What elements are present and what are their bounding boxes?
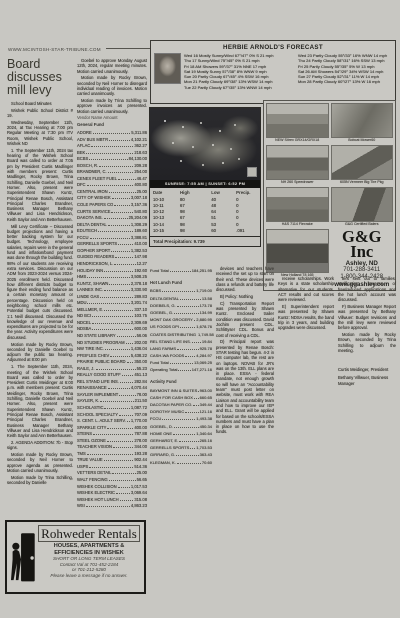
dot-leader (109, 480, 136, 481)
gg-inc-ad: NEW Sitrex GRX14/GRX18 Bobcat Mower60 NH… (263, 100, 396, 291)
dot-leader (180, 299, 201, 300)
total-precipitation: Total Precipitation: 9.739 (150, 236, 260, 246)
vendor-amount: 1,770.00 (131, 418, 147, 423)
vendor-amount: 349.44 (200, 402, 212, 407)
minutes-paragraph: F) Business Manager Report was presented… (338, 304, 396, 330)
vendor-amount: 46.47 (137, 176, 147, 181)
ad-line: HOUSES, APARTMENTS & (38, 543, 140, 550)
dot-leader (108, 388, 130, 389)
dot-leader (109, 192, 136, 193)
article-paragraph: School Board Minutes (7, 101, 73, 106)
vendor-amount: 3,201.74 (131, 300, 147, 305)
vendor-name: CURTS SERVICE (77, 209, 110, 214)
dot-leader (99, 166, 133, 167)
vendor-name: HENDRICKSON, L. (77, 261, 113, 266)
dot-leader (87, 303, 129, 304)
vendor-row: HENDRICKSON, L. 12.27 (77, 259, 147, 266)
ad-photo-cell: G&G Certified Balers (331, 187, 394, 227)
vendor-row: S. CENT. L. ADULT SERV. 1,770.00 (77, 417, 147, 424)
minutes-continuation: Goebel to approve Monday August 12th, 20… (77, 58, 147, 114)
article-column: Board discusses mill levy School Board M… (7, 58, 73, 487)
vendor-amount: 3,330.90 (131, 287, 147, 292)
dot-leader (105, 349, 130, 350)
vendor-amount: 1,436.04 (131, 346, 147, 351)
vendor-name: TRUE VALUE (77, 457, 103, 462)
vendor-amount: 540.80 (134, 209, 147, 214)
vendor-amount: 451.13 (134, 372, 147, 377)
forecast-week2: Wed 23 Partly Cloudy 55°/33° 16% WNW 14 … (298, 53, 392, 90)
minutes-paragraph: Motion made by Rocky Brown, seconded by … (77, 75, 147, 96)
almanac-rows: 10-10 80 40 0 10-11 67 48 0 10-12 98 64 (153, 197, 257, 235)
vendor-name: WISHEK HOT LUNCH (77, 497, 119, 502)
dot-leader (113, 447, 133, 448)
vendor-amount: 707.09 (134, 412, 147, 417)
dot-leader (98, 231, 133, 232)
vendor-name: GIRRARD, G. (150, 452, 175, 457)
vendor-amount: 254.00 (134, 169, 147, 174)
vendor-amount: 13.58 (202, 296, 212, 301)
minutes-paragraph: devices and teachers have received the s… (216, 266, 274, 292)
tractor-photo (266, 229, 329, 273)
vendor-amount: 902.44 (134, 457, 147, 462)
col-high: High (180, 189, 211, 197)
vendor-amount: 55.23 (137, 366, 147, 371)
vendor-name: NDSBA (77, 326, 91, 331)
article-paragraph: Wednesday, September 11th, 2024, at Tax … (7, 120, 73, 146)
vendor-row: COLE PAPERS CO 3,157.36 (77, 200, 147, 207)
vendor-name: GERHARDT, E. (150, 438, 178, 443)
minutes-paragraph: receive scholarships. Work Keys is a sta… (278, 276, 334, 302)
vendor-amount: 56.65 (137, 477, 147, 482)
hot-lunch-total-row: Fund Total 13,069.25 (150, 358, 212, 365)
forecast-week1: Wed 16 Mostly Sunny/Wind 67°/47° 0% S 21… (184, 53, 294, 90)
website-url: WWW.MCINTOSH-STAR-TRIBUNE.COM (8, 47, 101, 52)
vendor-name: COLE PAPERS CO (77, 202, 113, 207)
signature-block: Curtis Meidinger, PresidentBethany Villw… (338, 367, 396, 387)
vendor-name: WISHEK ELECTRIC (77, 490, 115, 495)
vendor-name: USPS (77, 464, 88, 469)
vendor-name: KUNTZ, SHAWN (77, 281, 108, 286)
vendor-name: TMS (77, 451, 86, 456)
almanac-row: 10-15 98 60 .091 (153, 228, 257, 234)
dot-leader (112, 198, 130, 199)
vendor-name: CENTRAL IRON (77, 189, 108, 194)
vendor-amount: 925.78 (200, 346, 212, 351)
vendor-amount: 289.83 (134, 294, 147, 299)
vendor-row: SAYLER IMPLEMENT 78.00 (77, 390, 147, 397)
vendor-row: GIRRARD, G. 363.43 (150, 450, 212, 457)
weather-map-image (150, 108, 260, 180)
vendor-amount: 1,340.64 (196, 431, 212, 436)
vendor-amount: 173.78 (200, 303, 212, 308)
vendor-name: GOEBEL, G. (150, 310, 173, 315)
photo-caption: 605N Vermeer Big Tire Pkg (331, 180, 394, 185)
vendor-row: PRAIRIE PUBLIC BOARD 350.00 (77, 358, 147, 365)
vendor-row: GOEBEL, D. 450.34 (150, 421, 212, 428)
vendor-amount: 192.60 (134, 268, 147, 273)
vendor-name: BRANDNER, C. (77, 169, 107, 174)
ad-photo-cell: NH 260 Speedrower (266, 145, 329, 185)
vendor-amount: 19.84 (202, 339, 212, 344)
vendor-name: PFEIFLES CHEV (77, 353, 109, 358)
vendor-name: SAYLER IMPLEMENT (77, 392, 118, 397)
dot-leader (176, 455, 198, 456)
forecast-line: Thu 24 Partly Cloudy 58°/31° 16% SSW 13 … (298, 58, 392, 63)
vendor-name: REL STAND LIFE INS. (150, 339, 191, 344)
dot-leader (185, 412, 198, 413)
vendor-row: REALLY GOOD STUFF 451.13 (77, 371, 147, 378)
article-paragraph: 1. The September 11th, 2024, meeting of … (7, 364, 73, 438)
vendor-amount: 660.65 (200, 395, 212, 400)
vendor-name: LANNEX INC. (77, 287, 103, 292)
dot-leader (104, 290, 130, 291)
dot-leader (104, 310, 133, 311)
vendor-row: DELTA DENTAL 13.58 (150, 293, 212, 300)
vendor-row: WISHEK COLLISION 1,017.53 (77, 482, 147, 489)
vendor-name: BEK (77, 150, 85, 155)
vendor-name: ND BCI (77, 313, 91, 318)
minutes-paragraph: ters sent out to families. Verification … (338, 276, 396, 302)
vendor-amount: 362.27 (134, 143, 147, 148)
article-paragraph: Motion made by Trina Schilling, seconded… (7, 475, 73, 486)
dot-leader (170, 271, 191, 272)
dot-leader (127, 421, 130, 422)
minutes-column-d: ters sent out to families. Verification … (338, 276, 396, 388)
vendor-name: REALLY GOOD STUFF (77, 372, 121, 377)
vendor-name: MONT DAK GROCERY (150, 317, 193, 322)
forecast-line: Tue 22 Partly Cloudy 67°/35° 13% WNW 14 … (184, 85, 294, 90)
vendor-amount: 3,388.81 (131, 235, 147, 240)
vendor-row: FCCU 1,493.38 (150, 414, 212, 421)
forecast-box: HERBIE ARNOLD'S FORECAST Wed 16 Mostly S… (150, 40, 396, 104)
vendor-amount: 5,311.86 (131, 130, 147, 135)
vendor-amount: 84,130.00 (129, 156, 147, 161)
forecast-line: Mon 28 Partly Cloudy 60°/27° 13% W 16 mp… (298, 79, 392, 84)
vendor-amount: 1,703.53 (196, 445, 212, 450)
dot-leader (109, 284, 130, 285)
dot-leader (162, 419, 195, 420)
dot-leader (114, 205, 130, 206)
vendor-name: MELLMER, E. (77, 307, 103, 312)
vendor-row: US FOODS DPI 1,678.76 (150, 322, 212, 329)
vendor-amount: 211.50 (135, 398, 147, 403)
dot-leader (118, 487, 130, 488)
door-icon (10, 525, 36, 590)
dot-leader (93, 133, 130, 134)
minutes-paragraph: C) Transportation Report was presented b… (216, 301, 274, 338)
hot-lunch-list: BCBS 1,719.00 DELTA DENTAL 13.58 DOEBELS… (150, 286, 212, 358)
vendor-amount: 1,749.58 (198, 332, 214, 337)
speedrower-photo (266, 145, 329, 180)
vendor-row: DACOTAH PAPER CO. 349.44 (150, 400, 212, 407)
vendor-amount: 315.08 (134, 497, 147, 502)
vendor-name: GUIDED READERS (77, 254, 114, 259)
vendor-amount: 134.99 (200, 310, 212, 315)
minutes-column-c: receive scholarships. Work Keys is a sta… (278, 276, 334, 332)
dot-leader (170, 363, 193, 364)
minutes-paragraph: Motion made by Trina Schilling to approv… (77, 98, 147, 114)
minutes-paragraph: B) Policy: Nothing (216, 294, 274, 299)
vendor-amount: 1,382.53 (131, 248, 147, 253)
dot-leader (110, 356, 130, 357)
vendor-row: ND STATE LIBRARY 56.06 (77, 331, 147, 338)
dot-leader (89, 159, 127, 160)
dot-leader (180, 327, 195, 328)
dot-leader (122, 375, 134, 376)
vendor-amount: 337.10 (134, 307, 147, 312)
vendor-amount: 1,678.76 (196, 324, 212, 329)
fund-total-amount: 184,251.95 (192, 268, 212, 273)
dot-leader (126, 343, 134, 344)
ad-photo-cell: NEW Sitrex GRX14/GRX18 (266, 103, 329, 143)
vendor-amount: 5,438.22 (131, 353, 147, 358)
dot-leader (109, 140, 130, 141)
dot-leader (100, 401, 133, 402)
vendor-amount: 400.80 (134, 182, 147, 187)
dot-leader (87, 277, 130, 278)
vendor-row: BCBS 1,719.00 (150, 286, 212, 293)
vendor-amount: 193.28 (134, 451, 147, 456)
vendor-amount: 25.00 (137, 470, 147, 475)
vendor-name: HOME ONE (150, 431, 172, 436)
almanac-table: Date High Low Precip. 10-10 80 40 0 10-1… (150, 188, 260, 234)
dot-leader (173, 434, 195, 435)
vendor-row: GERRELLS SPORTS 1,703.53 (150, 443, 212, 450)
article-paragraph: 1. The September 11th, 2024 tax hearing … (7, 148, 73, 222)
vendor-row: SCHOOL SPECIALTY 707.09 (77, 410, 147, 417)
vendor-name: ND STUDIES PROGRAM (77, 340, 125, 345)
fund-total-amount: 13,069.25 (194, 360, 212, 365)
map-temperature-dots (164, 120, 166, 122)
vendor-name: NDCEL (77, 320, 91, 325)
advertiser-name: G&G Inc (331, 229, 394, 259)
vendor-amount: 25.00 (137, 189, 147, 194)
vendor-amount: 344.00 (134, 444, 147, 449)
vendor-name: RAILE, J. (77, 366, 95, 371)
vendor-name: GOPHER SPORT (77, 248, 110, 253)
vendor-row: DOEBELS, G. 173.78 (150, 301, 212, 308)
vendor-name: ADORE (77, 130, 92, 135)
vendor-amount: 265.16 (200, 438, 212, 443)
vendor-amount: 3,069.64 (131, 490, 147, 495)
vendor-row: BAYMONT INN & SUITES 963.00 (150, 385, 212, 392)
vendor-row: WISHEK ELECTRIC 3,069.64 (77, 489, 147, 496)
article-paragraph: Motion made by Rocky Brown, seconded by … (7, 452, 73, 473)
vendor-amount: 4,863.23 (131, 503, 147, 508)
vendor-name: ND STATE LIBRARY (77, 333, 116, 338)
dot-leader (192, 342, 201, 343)
dot-leader (91, 146, 133, 147)
vendor-row: REL STAND LIFE INS. 282.84 (77, 377, 147, 384)
dot-leader (112, 473, 135, 474)
ad-line: SHORT OR LONG TERM LEASES (38, 556, 140, 562)
vendor-amount: 4,102.21 (131, 137, 147, 142)
fund-totals-column: Fund Total 184,251.95 Hot Lunch Fund BCB… (150, 266, 212, 465)
vendor-amount: 147.98 (134, 254, 147, 259)
dot-leader (111, 212, 133, 213)
signature-line: Curtis Meidinger, President (338, 367, 396, 373)
dot-leader (178, 370, 190, 371)
almanac-low: 60 (211, 228, 236, 234)
photo-caption: NH 260 Speedrower (266, 180, 329, 185)
vendor-name: ADV BUS MBTR (77, 137, 108, 142)
ad-line: EFFICIENCIES IN WISHEK (38, 550, 140, 557)
dot-leader (96, 369, 136, 370)
minutes-paragraph: E) Superintendent report was presented b… (278, 304, 334, 330)
fund-total-label: Fund Total (150, 268, 169, 273)
almanac-header-row: Date High Low Precip. (153, 189, 257, 197)
vendor-name: FCCU (77, 235, 89, 240)
vendor-amount: 600.00 (134, 326, 147, 331)
vendor-amount: 1,719.00 (196, 288, 212, 293)
minutes-column-d-text: ters sent out to families. Verification … (338, 276, 396, 353)
dot-leader (111, 251, 130, 252)
sunrise-sunset-banner: SUNRISE: 7:55 AM | SUNSET: 6:52 PM (150, 180, 260, 188)
vendor-name: CITY OF WISHEK (77, 195, 111, 200)
vendor-row: GOEBEL, G. 134.99 (150, 308, 212, 315)
vendor-name: GERRELLS SPORTS (77, 241, 117, 246)
vendor-name: HOLIDAY INN (77, 268, 103, 273)
vendor-name: DACOTAH PAPER CO. (150, 402, 192, 407)
vendor-name: BCBS (150, 288, 161, 293)
operating-total-amount: 147,271.16 (192, 367, 212, 372)
dot-leader (193, 405, 198, 406)
vendor-amount: 121.16 (200, 409, 212, 414)
vendor-name: BCBS (77, 156, 88, 161)
vendor-amount: 400.00 (134, 425, 147, 430)
vendor-amount: 2,378.18 (131, 281, 147, 286)
dot-leader (87, 185, 134, 186)
vendor-row: KLEGMAN, K. 70.60 (150, 457, 212, 464)
dot-leader (119, 415, 133, 416)
dot-leader (90, 238, 130, 239)
rohweder-rentals-ad: Rohweder Rentals HOUSES, APARTMENTS & EF… (5, 520, 146, 594)
dot-leader (120, 382, 133, 383)
vendor-name: DFC (77, 182, 86, 187)
vendor-name: STEINS (77, 431, 92, 436)
vendor-amount: 3,508.25 (131, 274, 147, 279)
vendor-amount: 189.60 (134, 228, 147, 233)
vendor-name: NW TIRE INC. (77, 346, 104, 351)
operating-total-label: Operating Total (150, 367, 177, 372)
certified-balers-photo (331, 187, 394, 222)
vendor-amount: 1,493.38 (196, 416, 212, 421)
vendor-amount: 1,308.29 (131, 222, 147, 227)
dot-leader (92, 329, 133, 330)
vendor-row: DOROTHY MUSIC 121.16 (150, 407, 212, 414)
dot-leader (104, 408, 129, 409)
dot-leader (118, 244, 133, 245)
vendor-name: EDUTECH (77, 228, 97, 233)
vendor-name: WISHEK COLLISION (77, 484, 117, 489)
article-paragraph: 2. AGENDA ADDITION: 7b - Stop signs. (7, 440, 73, 451)
dot-leader (127, 362, 134, 363)
dot-leader (174, 313, 198, 314)
vendor-row: COATES DISTRIBUTING 1,749.58 (150, 329, 212, 336)
dot-leader (194, 398, 199, 399)
vendor-amount: 2,880.95 (196, 317, 212, 322)
almanac-box: SUNRISE: 7:55 AM | SUNSET: 6:52 PM Date … (149, 107, 261, 247)
dot-leader (118, 179, 136, 180)
vendor-name: CASH FOR CASH BOX (150, 395, 193, 400)
vendor-amount: 4,070.44 (131, 385, 147, 390)
vendor-name: GOEBEL, D. (150, 424, 173, 429)
dot-leader (93, 434, 133, 435)
dot-leader (119, 395, 135, 396)
vendor-name: AFLAC (77, 143, 90, 148)
minutes-paragraph: D) Principal report was presented by Ren… (216, 339, 274, 434)
general-fund-total-row: Fund Total 184,251.95 (150, 266, 212, 273)
col-low: Low (211, 189, 236, 197)
vendor-row: GERHARDT, E. 265.16 (150, 436, 212, 443)
vendor-name: RENAISSANCE (77, 385, 107, 390)
vendor-name: FCCU (150, 416, 161, 421)
vermeer-baler-photo (331, 145, 394, 180)
vendor-amount: 1,017.53 (131, 484, 147, 489)
vendor-row: GERRELLS SPORTS 410.00 (77, 240, 147, 247)
vendor-name: SAYLER, K. (77, 398, 99, 403)
vendor-name: LINDE GAS (77, 294, 99, 299)
vendor-name: US FOODS DPI (150, 324, 179, 329)
vendor-name: GERRELLS SPORTS (150, 445, 189, 450)
photo-caption: NEW Sitrex GRX14/GRX18 (266, 138, 329, 143)
ad-photo-cell: 605N Vermeer Big Tire Pkg (331, 145, 394, 185)
vendor-row: HOME ONE 1,340.64 (150, 429, 212, 436)
forecast-title: HERBIE ARNOLD'S FORECAST (154, 44, 392, 51)
vendor-amount: 202.00 (134, 340, 147, 345)
dot-leader (104, 271, 133, 272)
article-paragraph: Mill Levy Certificate – Discussed budget… (7, 224, 73, 341)
dot-leader (117, 336, 136, 337)
vendor-amount: 350.00 (134, 359, 147, 364)
col-date: Date (153, 189, 180, 197)
dot-leader (185, 356, 195, 357)
vendor-amount: 787.88 (134, 431, 147, 436)
vendor-amount: 278.00 (134, 438, 147, 443)
vendor-amount: 282.84 (134, 379, 147, 384)
ad-photo-cell: H&S 7114 Flexrake (266, 187, 329, 227)
activity-fund-label: Activity Fund (150, 378, 212, 385)
dot-leader (115, 257, 133, 258)
vendor-name: CENEX FLEET FUEL (77, 176, 117, 181)
vendor-row: LANG FARMS 925.78 (150, 344, 212, 351)
vendor-amount: 218.63 (134, 150, 147, 155)
vendor-name: BOSCH, R. (77, 163, 98, 168)
dot-leader (177, 349, 199, 350)
vendor-row: CASH FOR CASH BOX 660.65 (150, 393, 212, 400)
dot-leader (89, 467, 133, 468)
minutes-paragraph: Goebel to approve Monday August 12th, 20… (77, 58, 147, 74)
dot-leader (87, 454, 134, 455)
vendor-name: WALT FENCING (77, 477, 108, 482)
dot-leader (104, 460, 134, 461)
vendor-name: WSI (77, 503, 85, 508)
vendor-amount: 70.60 (202, 460, 212, 465)
vendor-amount: 3,007.18 (131, 195, 147, 200)
vendor-amount: 514.36 (134, 464, 147, 469)
dot-leader (107, 441, 133, 442)
vendor-name: DOROTHY MUSIC (150, 409, 184, 414)
dot-leader (92, 316, 133, 317)
vendor-name: DOEBELS, G. (150, 303, 176, 308)
vendor-amount: 209.28 (134, 163, 147, 168)
vendor-name: STEEL OZONE (77, 438, 106, 443)
dot-leader (174, 427, 199, 428)
article-paragraph: Wishek Public School District # 19. (7, 108, 73, 119)
signature-line: Bethany Villwuer, Business Manager (338, 375, 396, 387)
vendor-name: CASH-WA FOODS (150, 353, 184, 358)
almanac-date: 10-15 (153, 228, 180, 234)
